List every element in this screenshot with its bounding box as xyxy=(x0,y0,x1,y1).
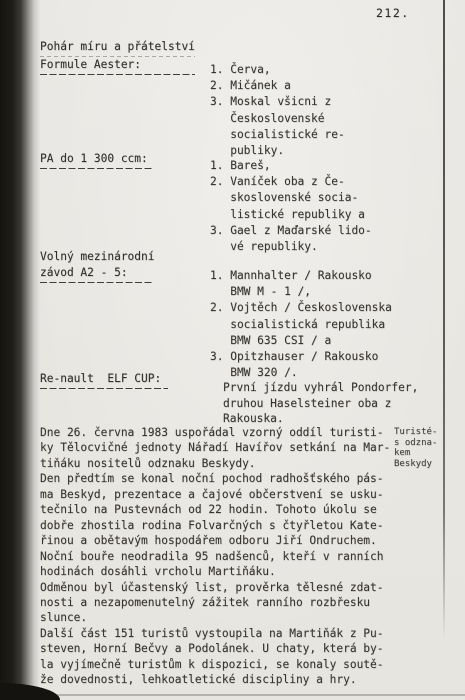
list-line: Československé xyxy=(210,111,345,127)
margin-note-line: kem xyxy=(394,448,437,459)
paragraph-line: Noční bouře neodradila 95 nadšenců, kteř… xyxy=(40,549,390,564)
list-line: vé republiky. xyxy=(210,239,372,255)
list-line: skoslovenské socia- xyxy=(210,190,372,206)
margin-note-line: s odzna- xyxy=(394,438,437,449)
bottom-rule-line xyxy=(30,694,465,696)
list-line: publiky. xyxy=(210,143,345,159)
margin-note: Turisté-s odzna-kemBeskydy xyxy=(394,427,437,470)
heading-text: Formule Aester: xyxy=(40,57,195,75)
list-line: 2. Vaníček oba z Če- xyxy=(210,174,372,190)
list-line: BMW M - 1 /, xyxy=(210,284,392,300)
heading-line: Pohár míru a přátelství xyxy=(40,39,195,57)
heading-line: PA do 1 300 ccm: xyxy=(40,151,154,169)
paragraph-line: ky Tělocvičné jednoty Nářadí Havířov set… xyxy=(40,440,390,455)
paragraph-line: hodinách dosáhli vrcholu Martiňáku. xyxy=(40,564,390,579)
result-list: 1. Červa,2. Mičánek a3. Moskal všicni z … xyxy=(210,62,345,159)
margin-note-line: Beskydy xyxy=(394,459,437,470)
list-line: 2. Mičánek a xyxy=(210,78,345,94)
page-number: 212. xyxy=(376,6,410,20)
paragraph-line: slunce. xyxy=(40,610,390,625)
list-line: BMW 320 /. xyxy=(210,365,392,381)
paragraph-line: Dne 26. června 1983 uspořádal vzorný odd… xyxy=(40,425,390,440)
list-line: 1. Bareš, xyxy=(210,158,372,174)
list-line: 2. Vojtěch / Československa xyxy=(210,300,392,316)
heading-line: Re-nault ELF CUP: xyxy=(40,371,168,389)
list-line: První jízdu vyhrál Pondorfer, xyxy=(223,380,418,396)
paragraph-line: tiňáku nositelů odznaku Beskydy. xyxy=(40,456,390,471)
list-line: druhou Haselsteiner oba z xyxy=(223,396,418,412)
list-line: 3. Moskal všicni z xyxy=(210,94,345,110)
list-line: 1. Mannhalter / Rakousko xyxy=(210,268,392,284)
list-line: 1. Červa, xyxy=(210,62,345,78)
heading-text: Volný mezinárodní xyxy=(40,250,155,263)
heading-line: Volný mezinárodní xyxy=(40,249,155,265)
heading-line: Formule Aester: xyxy=(40,57,195,75)
list-line: BMW 635 CSI / a xyxy=(210,333,392,349)
paragraph-line: řinou a obětavým hospodářem odboru Jiří … xyxy=(40,533,390,548)
list-line: socialistická republika xyxy=(210,317,392,333)
body-paragraph: Dne 26. června 1983 uspořádal vzorný odd… xyxy=(40,425,390,688)
list-line: listické republiky a xyxy=(210,207,372,223)
heading-text: PA do 1 300 ccm: xyxy=(40,151,154,169)
list-line: 3. Gael z Maďarské lido- xyxy=(210,223,372,239)
paragraph-line: Den předtím se konal noční pochod radhoš… xyxy=(40,471,390,486)
paragraph-line: že dovednosti, lehkoatletické discipliny… xyxy=(40,672,390,687)
result-list: 1. Bareš,2. Vaníček oba z Če- skoslovens… xyxy=(210,158,372,255)
page-edge-line xyxy=(443,0,445,640)
margin-note-line: Turisté- xyxy=(394,427,437,438)
list-line: 3. Opitzhauser / Rakousko xyxy=(210,349,392,365)
paragraph-line: Odměnou byl účastenský list, prověrka tě… xyxy=(40,580,390,595)
paragraph-line: ma Beskyd, prezentace a čajové občerstve… xyxy=(40,487,390,502)
heading-text: Re-nault ELF CUP: xyxy=(40,371,168,389)
paragraph-line: Další část 151 turistů vystoupila na Mar… xyxy=(40,626,390,641)
paragraph-line: tečnilo na Pustevnách od 22 hodin. Tohot… xyxy=(40,502,390,517)
result-list: První jízdu vyhrál Pondorfer,druhou Hase… xyxy=(223,380,418,427)
heading-line: závod A2 - 5: xyxy=(40,265,155,283)
paragraph-line: la vyjímečně turistům k dispozici, se ko… xyxy=(40,657,390,672)
result-list: 1. Mannhalter / Rakousko BMW M - 1 /,2. … xyxy=(210,268,392,381)
paragraph-line: steven, Horní Bečvy a Podolánek. U chaty… xyxy=(40,641,390,656)
heading-text: Pohár míru a přátelství xyxy=(40,39,195,57)
scanned-document-page: 212. Pohár míru a přátelstvíFormule Aest… xyxy=(0,0,465,700)
paragraph-line: nosti a nezapomenutelný zážitek ranního … xyxy=(40,595,390,610)
heading-text: závod A2 - 5: xyxy=(40,265,152,283)
book-binding-shadow xyxy=(0,0,40,700)
paragraph-line: dobře zhostila rodina Folvarčných s čtyř… xyxy=(40,518,390,533)
list-line: socialistické re- xyxy=(210,127,345,143)
